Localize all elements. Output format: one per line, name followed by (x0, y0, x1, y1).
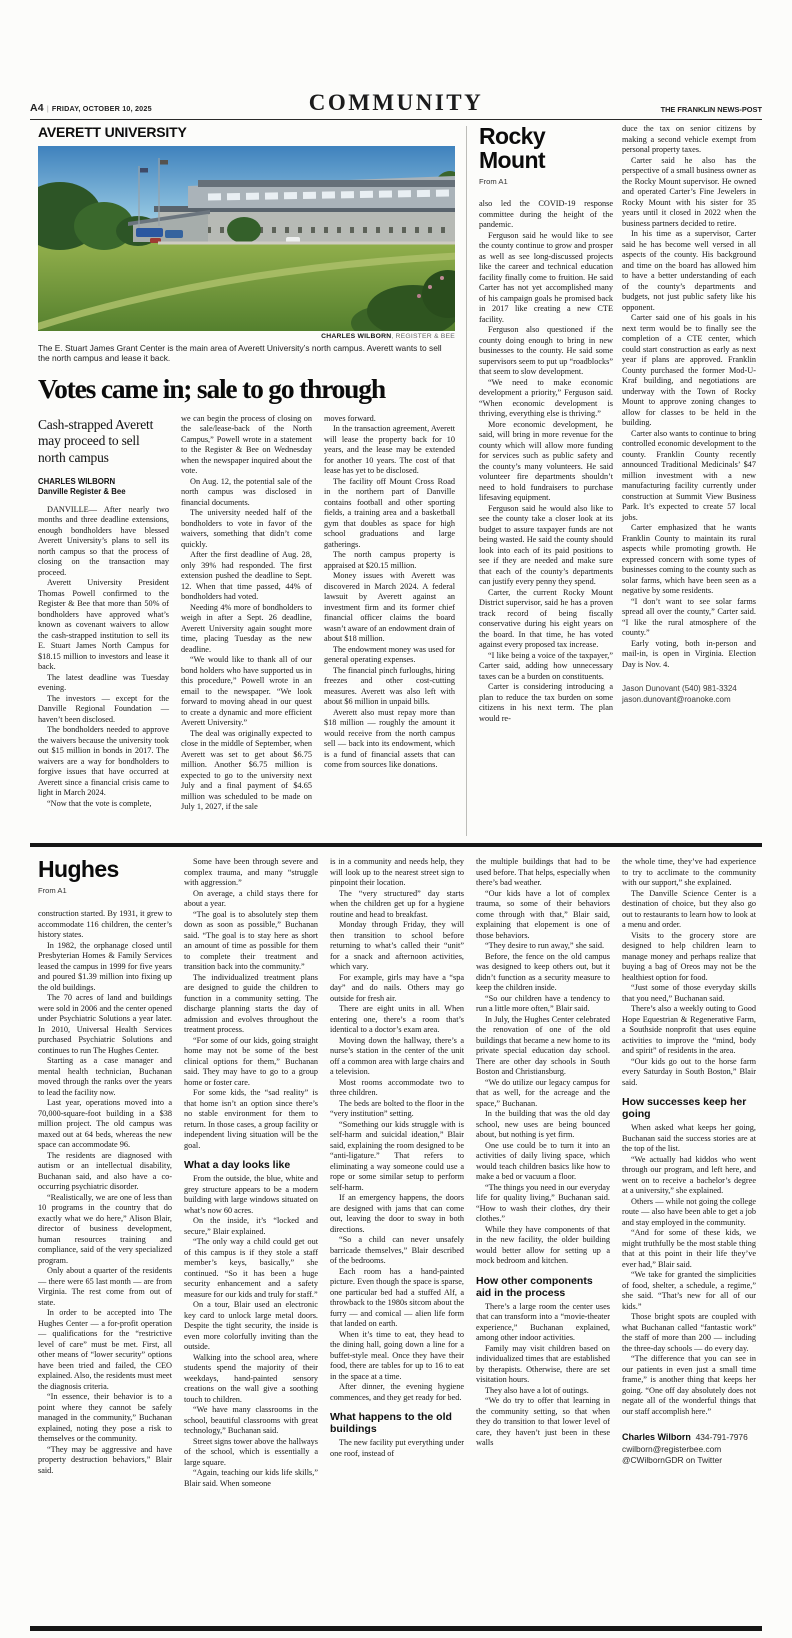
article-paragraph: “We actually had kiddos who went through… (622, 1155, 756, 1197)
article-paragraph: When it’s time to eat, they head to the … (330, 1330, 464, 1383)
article-paragraph: “Just some of those everyday skills that… (622, 983, 756, 1004)
article-paragraph: “The goal is to absolutely step them dow… (184, 910, 318, 973)
article-paragraph: In July, the Hughes Center celebrated th… (476, 1015, 610, 1078)
article-column: is in a community and needs help, they w… (330, 857, 464, 1489)
column-rule (466, 126, 467, 836)
section-divider (30, 843, 762, 847)
article-paragraph: Carter, the current Rocky Mount District… (479, 588, 613, 651)
article-paragraph: “I don’t want to see solar farms spread … (622, 597, 756, 639)
article-paragraph: The bondholders needed to approve the wa… (38, 725, 169, 799)
photo-credit: CHARLES WILBORN, REGISTER & BEE (38, 333, 455, 340)
article-paragraph: In his time as a supervisor, Carter said… (622, 229, 756, 313)
publication-name: THE FRANKLIN NEWS-POST (661, 105, 762, 114)
article-column: moves forward.In the transaction agreeme… (324, 414, 455, 813)
article-column: duce the tax on senior citizens by makin… (622, 124, 756, 724)
article-paragraph: “We would like to thank all of our bond … (181, 655, 312, 729)
campus-photo-illustration (38, 146, 455, 331)
newspaper-page: A4|FRIDAY, OCTOBER 10, 2025 COMMUNITY TH… (0, 0, 792, 1638)
column-text: DANVILLE— After nearly two months and th… (38, 505, 169, 810)
article-paragraph: For example, girls may have a “spa day” … (330, 973, 464, 1005)
article-paragraph: “Now that the vote is complete, (38, 799, 169, 810)
article-paragraph: Family may visit children based on indiv… (476, 1344, 610, 1386)
article-paragraph: “We need to make economic development a … (479, 378, 613, 420)
photo-caption: The E. Stuart James Grant Center is the … (38, 343, 455, 364)
article-paragraph: “They may be aggressive and have propert… (38, 1445, 172, 1477)
article-paragraph: Some have been through severe and comple… (184, 857, 318, 889)
article-paragraph: The Danville Science Center is a destina… (622, 889, 756, 931)
page-bottom-rule (30, 1626, 762, 1631)
article-paragraph: Last year, operations moved into a 70,00… (38, 1098, 172, 1151)
article-paragraph: Ferguson said he would also like to see … (479, 504, 613, 588)
north-campus-photo (38, 146, 455, 331)
article-paragraph: Early voting, both in-person and mail-in… (622, 639, 756, 671)
contact-email-line: cwilborn@registerbee.com (622, 1444, 756, 1456)
article-column: Cash-strapped Averett may proceed to sel… (38, 414, 169, 813)
column-subhead: What a day looks like (184, 1159, 318, 1171)
article-paragraph: construction started. By 1931, it grew t… (38, 909, 172, 941)
article-paragraph: “Our kids have a lot of complex trauma, … (476, 889, 610, 942)
article-paragraph: The investors — except for the Danville … (38, 694, 169, 726)
jump-headline: Rocky Mount (479, 124, 613, 172)
article-paragraph: Carter said he also has the perspective … (622, 156, 756, 230)
article-paragraph: Walking into the school area, where stud… (184, 1353, 318, 1406)
article-paragraph: “We take for granted the simplicities of… (622, 1270, 756, 1312)
article-paragraph: When asked what keeps her going, Buchana… (622, 1123, 756, 1155)
article-paragraph: In the transaction agreement, Averett wi… (324, 424, 455, 477)
article-paragraph: DANVILLE— After nearly two months and th… (38, 505, 169, 579)
article-paragraph: The endowment money was used for general… (324, 645, 455, 666)
kicker: AVERETT UNIVERSITY (38, 124, 455, 140)
article-paragraph: There’s also a weekly outing to Good Hop… (622, 1004, 756, 1057)
article-paragraph: Averett University President Thomas Powe… (38, 578, 169, 673)
from-line: From A1 (38, 886, 172, 895)
section-title: COMMUNITY (30, 90, 762, 116)
article-paragraph: The beds are bolted to the floor in the … (330, 1099, 464, 1120)
article-paragraph: In order to be accepted into The Hughes … (38, 1308, 172, 1392)
article-paragraph: “They desire to run away,” she said. (476, 941, 610, 952)
article-paragraph: “We have many classrooms in the school, … (184, 1405, 318, 1437)
column-subhead: How other components aid in the process (476, 1275, 610, 1299)
article-paragraph: “The things you need in our everyday lif… (476, 1183, 610, 1225)
article-paragraph: On average, a child stays there for abou… (184, 889, 318, 910)
article-paragraph: “I like being a voice of the taxpayer,” … (479, 651, 613, 683)
article-column: the multiple buildings that had to be us… (476, 857, 610, 1489)
article-paragraph: After the first deadline of Aug. 28, onl… (181, 550, 312, 603)
article-paragraph: While they have components of that in th… (476, 1225, 610, 1267)
article-paragraph: Most rooms accommodate two to three chil… (330, 1078, 464, 1099)
article-paragraph: Monday through Friday, they will then tr… (330, 920, 464, 973)
rocky-columns: Rocky Mount From A1 also led the COVID-1… (479, 124, 756, 724)
article-paragraph: The 70 acres of land and buildings were … (38, 993, 172, 1056)
article-paragraph: Averett also must repay more than $18 mi… (324, 708, 455, 771)
column-subhead: What happens to the old buildings (330, 1411, 464, 1435)
article-paragraph: There’s a large room the center uses tha… (476, 1302, 610, 1344)
article-paragraph: There are eight units in all. When enter… (330, 1004, 464, 1036)
article-paragraph: On a tour, Blair used an electronic key … (184, 1300, 318, 1353)
article-paragraph: Money issues with Averett was discovered… (324, 571, 455, 645)
column-text: duce the tax on senior citizens by makin… (622, 124, 756, 670)
article-paragraph: Ferguson also questioned if the county d… (479, 325, 613, 378)
byline-name: CHARLES WILBORN (38, 477, 169, 487)
contact-phone: 434-791-7976 (696, 1432, 748, 1442)
article-column: Some have been through severe and comple… (184, 857, 318, 1489)
article-paragraph: Carter also wants to continue to bring c… (622, 429, 756, 524)
article-paragraph: Carter said one of his goals in his next… (622, 313, 756, 429)
article-paragraph: The deal was originally expected to clos… (181, 729, 312, 813)
article-paragraph: Ferguson said he would like to see the c… (479, 231, 613, 326)
article-paragraph: “And for some of these kids, we might tr… (622, 1228, 756, 1270)
article-paragraph: the whole time, they’ve had experience t… (622, 857, 756, 889)
article-paragraph: On the inside, it’s “locked and secure,”… (184, 1216, 318, 1237)
article-paragraph: the multiple buildings that had to be us… (476, 857, 610, 889)
column-text: construction started. By 1931, it grew t… (38, 909, 172, 1476)
article-paragraph: Visits to the grocery store are designed… (622, 931, 756, 984)
article-paragraph: Starting as a case manager and mental he… (38, 1056, 172, 1098)
article-paragraph: The individualized treatment plans are d… (184, 973, 318, 1036)
article-paragraph: For some kids, the “sad reality” is that… (184, 1088, 318, 1151)
from-line: From A1 (479, 177, 613, 186)
article-paragraph: Street signs tower above the hallways of… (184, 1437, 318, 1469)
byline-org: Danville Register & Bee (38, 487, 169, 497)
article-paragraph: On Aug. 12, the potential sale of the no… (181, 477, 312, 509)
article-paragraph: “Again, teaching our kids life skills,” … (184, 1468, 318, 1489)
hughes-article: Hughes From A1 construction started. By … (38, 857, 756, 1623)
article-paragraph: Moving down the hallway, there’s a nurse… (330, 1036, 464, 1078)
article-paragraph: Before, the fence on the old campus was … (476, 952, 610, 994)
column-subhead: How successes keep her going (622, 1096, 756, 1120)
article-paragraph: The facility off Mount Cross Road in the… (324, 477, 455, 551)
column-text: also led the COVID-19 response committee… (479, 199, 613, 724)
article-paragraph: “So a child can never unsafely barricade… (330, 1235, 464, 1267)
article-column: Hughes From A1 construction started. By … (38, 857, 172, 1489)
article-paragraph: “In essence, their behavior is to a poin… (38, 1392, 172, 1445)
article-paragraph: The latest deadline was Tuesday evening. (38, 673, 169, 694)
article-paragraph: “We do utilize our legacy campus for tha… (476, 1078, 610, 1110)
article-paragraph: is in a community and needs help, they w… (330, 857, 464, 889)
article-paragraph: Needing 4% more of bondholders to weigh … (181, 603, 312, 656)
hughes-columns: Hughes From A1 construction started. By … (38, 857, 756, 1489)
article-paragraph: “So our children have a tendency to run … (476, 994, 610, 1015)
article-column: we can begin the process of closing on t… (181, 414, 312, 813)
article-paragraph: “Something our kids struggle with is sel… (330, 1120, 464, 1194)
headline: Votes came in; sale to go through (38, 374, 455, 403)
article-paragraph: “For some of our kids, going straight ho… (184, 1036, 318, 1089)
article-paragraph: After dinner, the evening hygiene commen… (330, 1382, 464, 1403)
article-paragraph: The residents are diagnosed with autism … (38, 1151, 172, 1193)
averett-article: AVERETT UNIVERSITY (38, 124, 455, 838)
article-paragraph: “The only way a child could get out of t… (184, 1237, 318, 1300)
article-paragraph: Others — while not going the college rou… (622, 1197, 756, 1229)
article-paragraph: If an emergency happens, the doors are d… (330, 1193, 464, 1235)
article-paragraph: we can begin the process of closing on t… (181, 414, 312, 477)
article-paragraph: The “very structured” day starts when th… (330, 889, 464, 921)
contact-phone-line: Jason Dunovant (540) 981-3324 (622, 683, 756, 694)
article-paragraph: Carter is considering introducing a plan… (479, 682, 613, 724)
article-paragraph: The new facility put everything under on… (330, 1438, 464, 1459)
article-paragraph: “The difference that you can see in our … (622, 1354, 756, 1417)
article-paragraph: The north campus property is appraised a… (324, 550, 455, 571)
photo-credit-name: CHARLES WILBORN (321, 333, 391, 340)
byline: CHARLES WILBORN Danville Register & Bee (38, 477, 169, 496)
contact-twitter-line: @CWilbornGDR on Twitter (622, 1455, 756, 1467)
contact-name-line: Charles Wilborn 434-791-7976 (622, 1432, 756, 1444)
article-paragraph: In 1982, the orphanage closed until Pres… (38, 941, 172, 994)
article-paragraph: The financial pinch furloughs, hiring fr… (324, 666, 455, 708)
article-paragraph: Carter emphasized that he wants Franklin… (622, 523, 756, 597)
article-paragraph: More economic development, he said, will… (479, 420, 613, 504)
article-paragraph: Each room has a hand-painted picture. Ev… (330, 1267, 464, 1330)
article-paragraph: “Our kids go out to the horse farm every… (622, 1057, 756, 1089)
reporter-contact: Jason Dunovant (540) 981-3324 jason.duno… (622, 683, 756, 705)
article-paragraph: They also have a lot of outings. (476, 1386, 610, 1397)
article-column: the whole time, they’ve had experience t… (622, 857, 756, 1489)
article-paragraph: In the building that was the old day sch… (476, 1109, 610, 1141)
article-paragraph: duce the tax on senior citizens by makin… (622, 124, 756, 156)
article-paragraph: The university needed half of the bondho… (181, 508, 312, 550)
article-paragraph: From the outside, the blue, white and gr… (184, 1174, 318, 1216)
deck: Cash-strapped Averett may proceed to sel… (38, 417, 169, 467)
article-paragraph: moves forward. (324, 414, 455, 425)
article-paragraph: “Realistically, we are one of less than … (38, 1193, 172, 1267)
reporter-contact: Charles Wilborn 434-791-7976 cwilborn@re… (622, 1432, 756, 1467)
contact-email-line: jason.dunovant@roanoke.com (622, 694, 756, 705)
photo-credit-org: , REGISTER & BEE (391, 333, 455, 340)
contact-name: Charles Wilborn (622, 1432, 691, 1442)
averett-columns: Cash-strapped Averett may proceed to sel… (38, 414, 455, 813)
article-paragraph: “We do try to offer that learning in the… (476, 1396, 610, 1449)
article-paragraph: One use could be to turn it into an acti… (476, 1141, 610, 1183)
article-paragraph: also led the COVID-19 response committee… (479, 199, 613, 231)
article-paragraph: Only about a quarter of the residents — … (38, 1266, 172, 1308)
jump-headline: Hughes (38, 857, 172, 881)
article-column: Rocky Mount From A1 also led the COVID-1… (479, 124, 613, 724)
article-paragraph: Those bright spots are coupled with what… (622, 1312, 756, 1354)
page-header: A4|FRIDAY, OCTOBER 10, 2025 COMMUNITY TH… (30, 92, 762, 120)
column-text: the whole time, they’ve had experience t… (622, 857, 756, 1417)
rocky-mount-article: Rocky Mount From A1 also led the COVID-1… (479, 124, 756, 838)
